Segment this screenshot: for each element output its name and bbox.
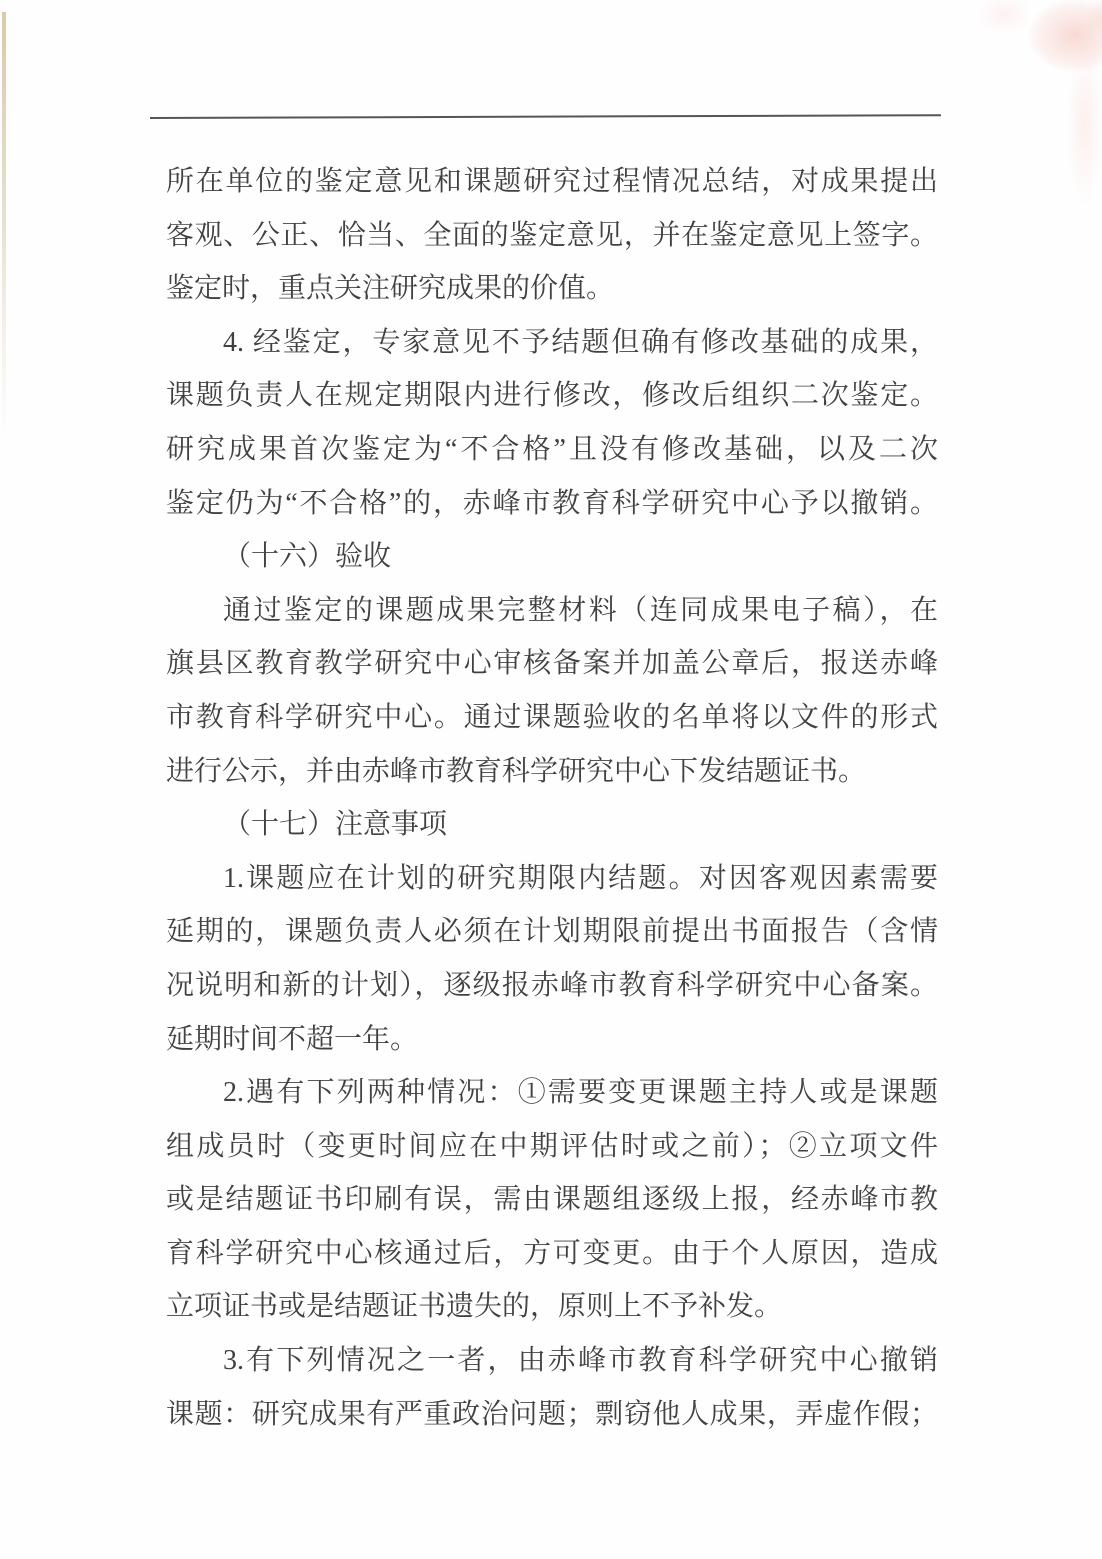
scan-stain-artifact xyxy=(960,0,1102,296)
text-line: 旗县区教育教学研究中心审核备案并加盖公章后，报送赤峰 xyxy=(166,637,938,691)
scan-edge-artifact xyxy=(2,12,6,442)
text-line: 延期时间不超一年。 xyxy=(166,1013,938,1067)
text-line: 4. 经鉴定，专家意见不予结题但确有修改基础的成果， xyxy=(166,316,938,370)
text-line: （十六）验收 xyxy=(166,530,938,584)
text-line: 课题：研究成果有严重政治问题；剽窃他人成果，弄虚作假； xyxy=(166,1388,938,1442)
text-line: 市教育科学研究中心。通过课题验收的名单将以文件的形式 xyxy=(166,691,938,745)
text-line: 进行公示，并由赤峰市教育科学研究中心下发结题证书。 xyxy=(166,745,938,799)
text-line: 鉴定仍为“不合格”的，赤峰市教育科学研究中心予以撤销。 xyxy=(166,477,938,531)
text-line: 延期的，课题负责人必须在计划期限前提出书面报告（含情 xyxy=(166,905,938,959)
text-line: 或是结题证书印刷有误，需由课题组逐级上报，经赤峰市教 xyxy=(166,1173,938,1227)
text-line: 课题负责人在规定期限内进行修改，修改后组织二次鉴定。 xyxy=(166,369,938,423)
text-line: 育科学研究中心核通过后，方可变更。由于个人原因，造成 xyxy=(166,1227,938,1281)
text-line: 3.有下列情况之一者，由赤峰市教育科学研究中心撤销 xyxy=(166,1334,938,1388)
text-line: 2.遇有下列两种情况：①需要变更课题主持人或是课题 xyxy=(166,1066,938,1120)
header-rule xyxy=(150,114,941,119)
text-line: 况说明和新的计划），逐级报赤峰市教育科学研究中心备案。 xyxy=(166,959,938,1013)
document-page: 所在单位的鉴定意见和课题研究过程情况总结，对成果提出客观、公正、恰当、全面的鉴定… xyxy=(0,0,1102,1559)
document-text: 所在单位的鉴定意见和课题研究过程情况总结，对成果提出客观、公正、恰当、全面的鉴定… xyxy=(166,155,938,1441)
text-line: 鉴定时，重点关注研究成果的价值。 xyxy=(166,262,938,316)
text-line: 所在单位的鉴定意见和课题研究过程情况总结，对成果提出 xyxy=(166,155,938,209)
text-line: 通过鉴定的课题成果完整材料（连同成果电子稿），在 xyxy=(166,584,938,638)
text-line: 客观、公正、恰当、全面的鉴定意见，并在鉴定意见上签字。 xyxy=(166,209,938,263)
text-line: 1.课题应在计划的研究期限内结题。对因客观因素需要 xyxy=(166,852,938,906)
text-line: 立项证书或是结题证书遗失的，原则上不予补发。 xyxy=(166,1280,938,1334)
text-line: 组成员时（变更时间应在中期评估时或之前）；②立项文件 xyxy=(166,1120,938,1174)
text-line: （十七）注意事项 xyxy=(166,798,938,852)
text-line: 研究成果首次鉴定为“不合格”且没有修改基础，以及二次 xyxy=(166,423,938,477)
